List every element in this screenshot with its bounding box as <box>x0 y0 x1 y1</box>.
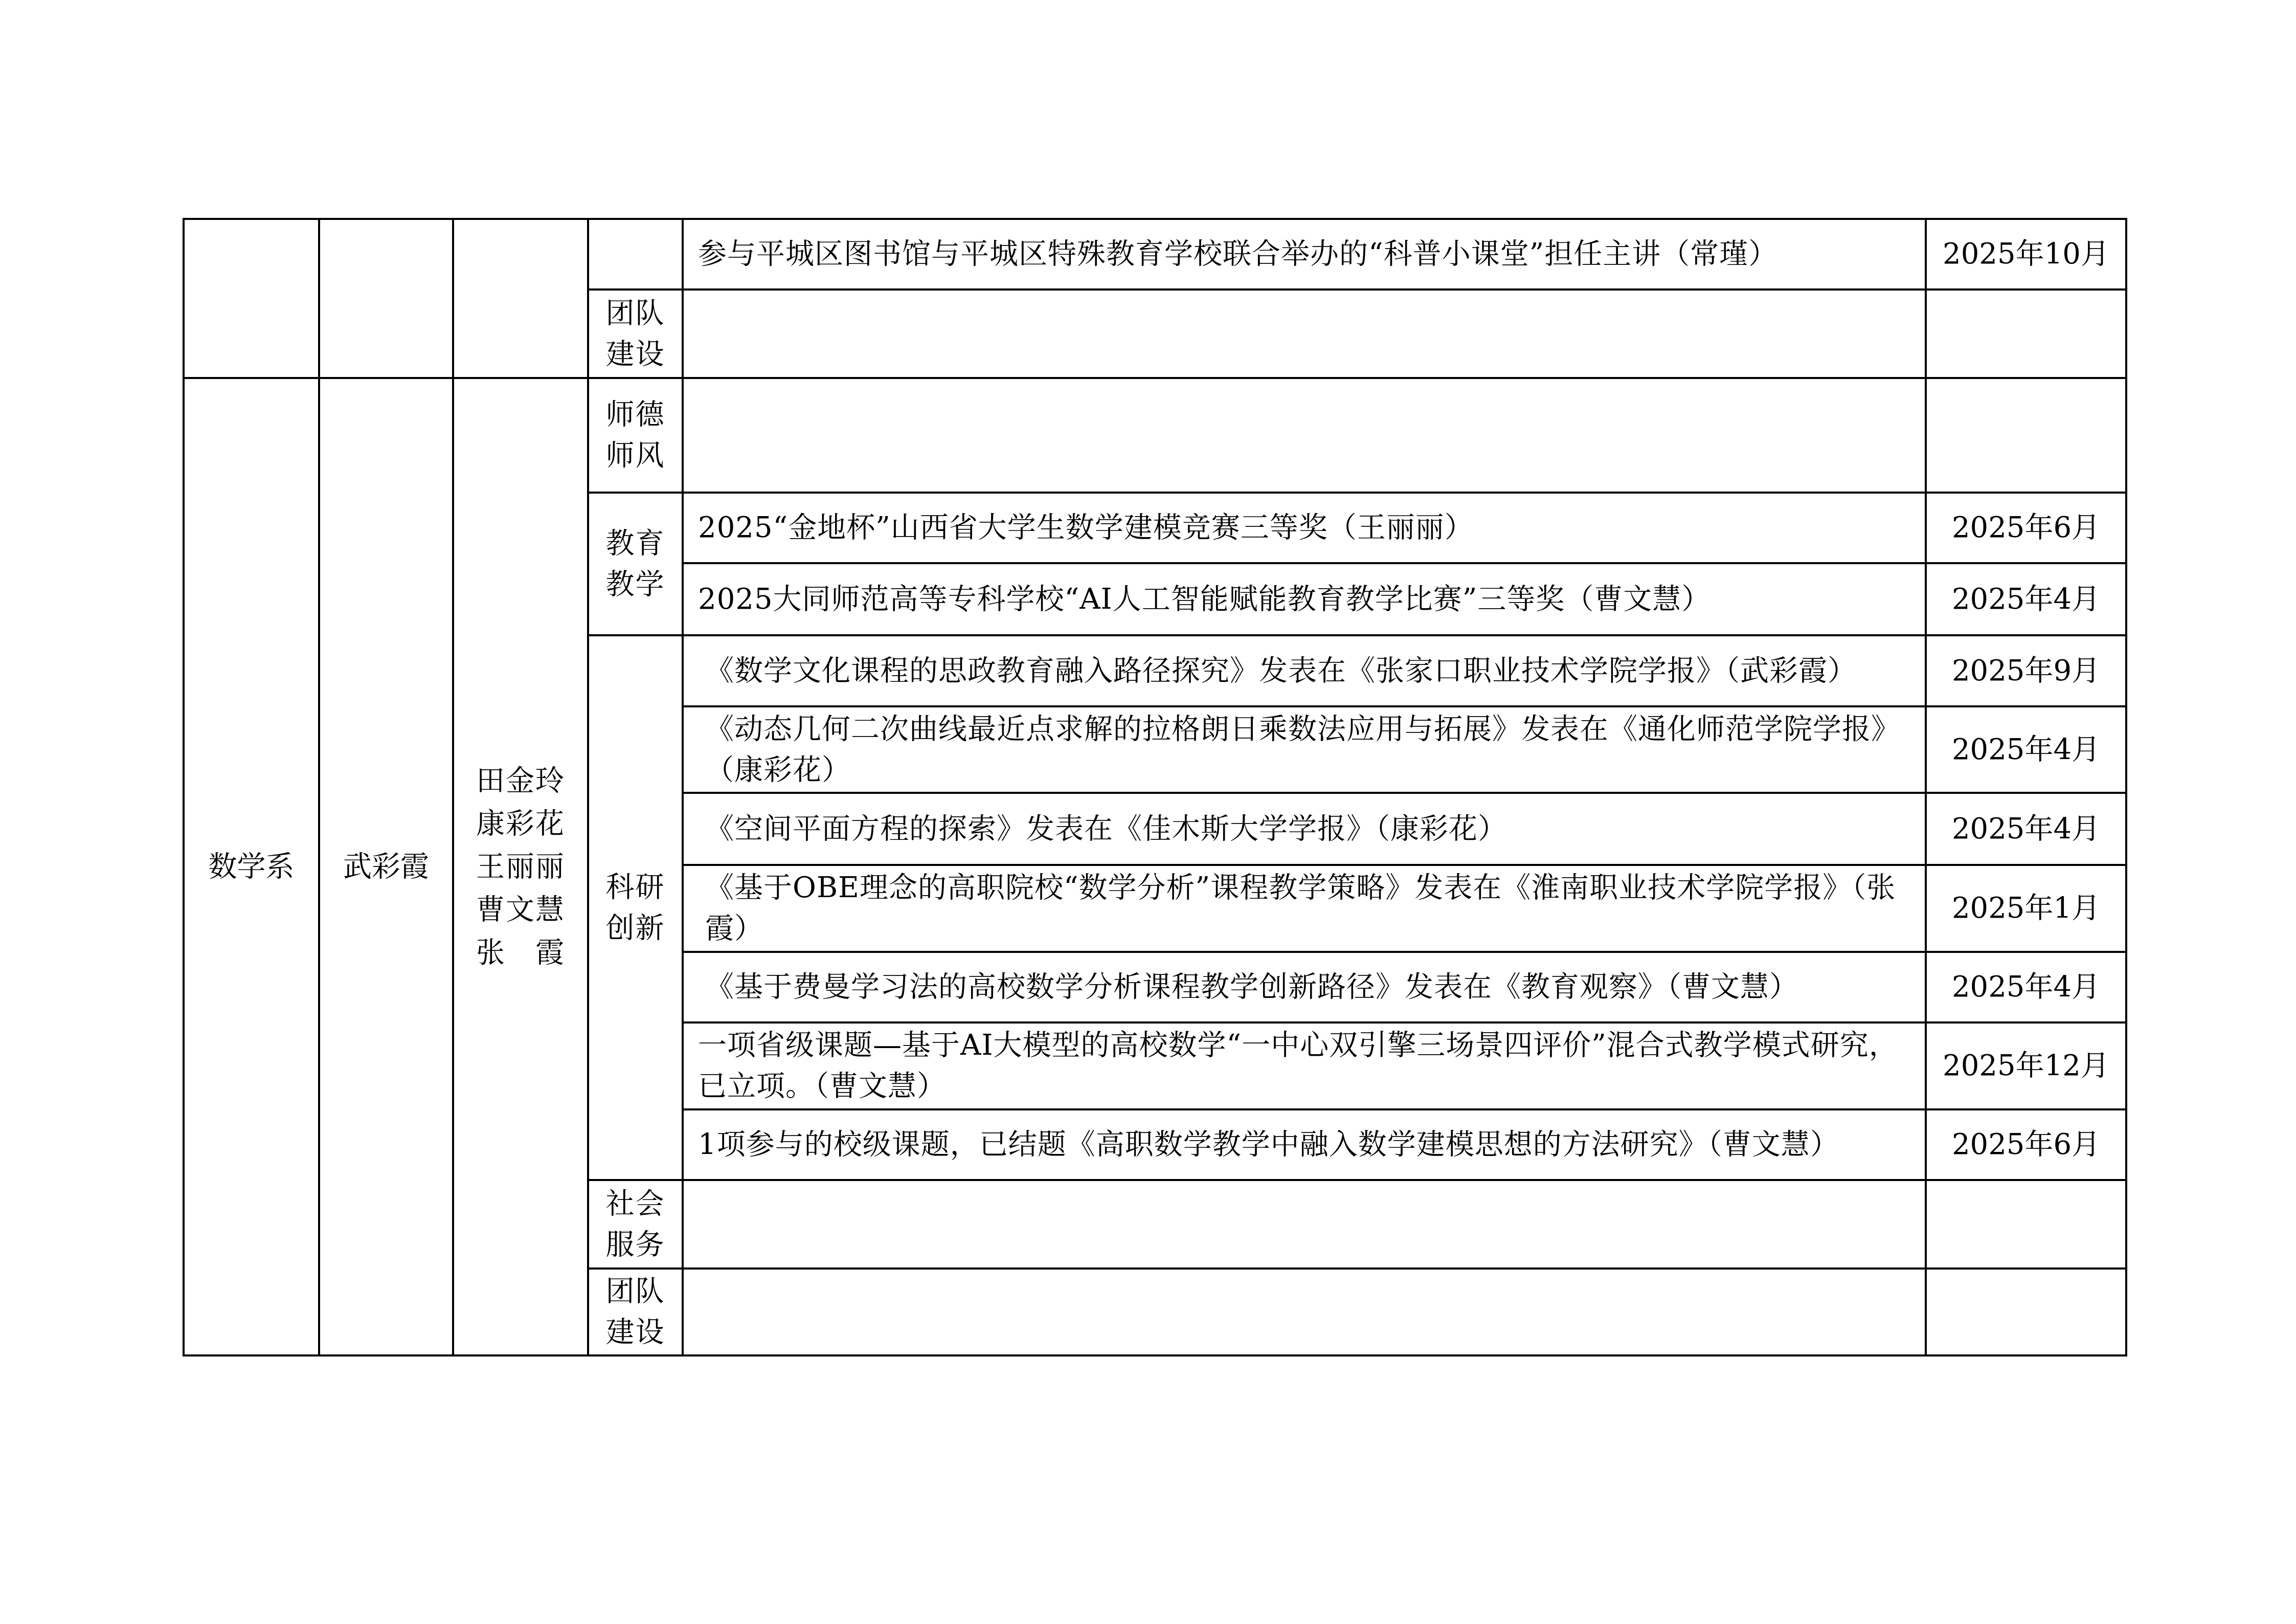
achievement-cell: 参与平城区图书馆与平城区特殊教育学校联合举办的“科普小课堂”担任主讲（常瑾） <box>683 219 1926 290</box>
date-cell: 2025年6月 <box>1926 1109 2126 1180</box>
table-row: 参与平城区图书馆与平城区特殊教育学校联合举办的“科普小课堂”担任主讲（常瑾） 2… <box>184 219 2126 290</box>
table-row: 数学系 武彩霞 田金玲 康彩花 王丽丽 曹文慧 张 霞 师德 师风 <box>184 378 2126 493</box>
work-summary-table: 参与平城区图书馆与平城区特殊教育学校联合举办的“科普小课堂”担任主讲（常瑾） 2… <box>183 218 2127 1356</box>
achievement-cell-empty <box>683 1180 1926 1269</box>
category-research: 科研 创新 <box>588 635 683 1180</box>
achievement-cell: 2025“金地杯”山西省大学生数学建模竞赛三等奖（王丽丽） <box>683 493 1926 563</box>
category-teaching: 教育 教学 <box>588 493 683 635</box>
head-cell-prev <box>319 219 453 378</box>
members-cell-prev <box>453 219 588 378</box>
head-cell: 武彩霞 <box>319 378 453 1355</box>
achievement-cell-empty <box>683 290 1926 378</box>
category-cell-prev-blank <box>588 219 683 290</box>
achievement-cell: 一项省级课题—基于AI大模型的高校数学“一中心双引擎三场景四评价”混合式教学模式… <box>683 1022 1926 1109</box>
date-cell: 2025年6月 <box>1926 493 2126 563</box>
date-cell: 2025年12月 <box>1926 1022 2126 1109</box>
achievement-cell: 《空间平面方程的探索》发表在《佳木斯大学学报》（康彩花） <box>683 793 1926 865</box>
member-name: 王丽丽 <box>454 846 587 888</box>
date-cell: 2025年10月 <box>1926 219 2126 290</box>
date-cell: 2025年4月 <box>1926 706 2126 793</box>
date-cell-empty <box>1926 378 2126 493</box>
achievement-cell: 《基于OBE理念的高职院校“数学分析”课程教学策略》发表在《淮南职业技术学院学报… <box>683 865 1926 952</box>
date-cell: 2025年4月 <box>1926 952 2126 1022</box>
date-cell: 2025年9月 <box>1926 635 2126 706</box>
achievement-cell-empty <box>683 378 1926 493</box>
date-cell-empty <box>1926 290 2126 378</box>
achievement-cell: 《数学文化课程的思政教育融入路径探究》发表在《张家口职业技术学院学报》（武彩霞） <box>683 635 1926 706</box>
member-name: 曹文慧 <box>454 888 587 931</box>
date-cell-empty <box>1926 1180 2126 1269</box>
achievement-cell: 1项参与的校级课题，已结题《高职数学教学中融入数学建模思想的方法研究》（曹文慧） <box>683 1109 1926 1180</box>
date-cell: 2025年4月 <box>1926 563 2126 635</box>
category-social-service: 社会 服务 <box>588 1180 683 1269</box>
achievement-cell-empty <box>683 1269 1926 1355</box>
achievement-cell: 《动态几何二次曲线最近点求解的拉格朗日乘数法应用与拓展》发表在《通化师范学院学报… <box>683 706 1926 793</box>
category-team-building: 团队 建设 <box>588 1269 683 1355</box>
date-cell: 2025年4月 <box>1926 793 2126 865</box>
category-ethics: 师德 师风 <box>588 378 683 493</box>
date-cell-empty <box>1926 1269 2126 1355</box>
members-cell: 田金玲 康彩花 王丽丽 曹文慧 张 霞 <box>453 378 588 1355</box>
member-name: 康彩花 <box>454 803 587 846</box>
department-cell-prev <box>184 219 319 378</box>
members-list: 田金玲 康彩花 王丽丽 曹文慧 张 霞 <box>454 760 587 974</box>
achievement-cell: 2025大同师范高等专科学校“AI人工智能赋能教育教学比赛”三等奖（曹文慧） <box>683 563 1926 635</box>
achievement-cell: 《基于费曼学习法的高校数学分析课程教学创新路径》发表在《教育观察》（曹文慧） <box>683 952 1926 1022</box>
member-name: 张 霞 <box>454 931 587 974</box>
document-page: 参与平城区图书馆与平城区特殊教育学校联合举办的“科普小课堂”担任主讲（常瑾） 2… <box>0 0 2296 1624</box>
member-name: 田金玲 <box>454 760 587 803</box>
department-cell: 数学系 <box>184 378 319 1355</box>
category-team-building-prev: 团队 建设 <box>588 290 683 378</box>
date-cell: 2025年1月 <box>1926 865 2126 952</box>
